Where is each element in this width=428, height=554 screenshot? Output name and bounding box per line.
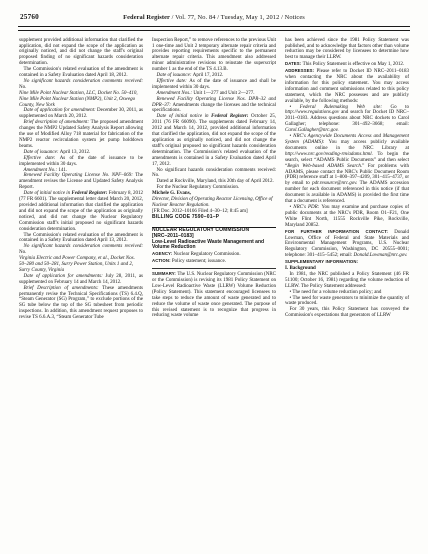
signature-title: Director, Division of Operating Reactor … (152, 197, 276, 209)
text-run: Renewed Facility Operating License No. N… (24, 173, 136, 178)
text-run: Date of application for amendment: (24, 108, 98, 113)
text-column-3: has been achieved since the 1981 Policy … (285, 38, 409, 322)
body-paragraph: ADDRESSES: Please refer to Docket ID NRC… (285, 68, 409, 104)
body-paragraph: Effective date: As of the date of issuan… (152, 79, 276, 91)
text-run: AGENCY: (152, 251, 174, 256)
notice-title: Low-Level Radioactive Waste Management a… (152, 240, 276, 252)
body-paragraph: • Federal Rulemaking Web site: Go to htt… (285, 105, 409, 135)
text-run: April 17, 2012. (193, 73, 224, 78)
text-run: Begin Web-based ADAMS Search. (287, 164, 362, 169)
text-run: has been achieved since the 1981 Policy … (285, 38, 409, 61)
columns-container: supplement provided additional informati… (19, 38, 409, 322)
text-run: Director, Division of Operating Reactor … (152, 197, 273, 208)
text-run: February 8, 2012 (77 FR 6601). The suppl… (19, 191, 143, 231)
body-paragraph: The Commission's related evaluation of t… (19, 67, 143, 79)
body-paragraph: The Commission's related evaluation of t… (19, 233, 143, 245)
text-run: http://www.regulations.gov (285, 110, 339, 115)
billing-code: BILLING CODE 7590–01–P (152, 215, 276, 221)
text-run: This Policy Statement is effective on Ma… (303, 62, 405, 67)
text-run: Federal Rulemaking Web site: (300, 105, 391, 110)
text-run: Nine Mile Point Nuclear Station, LLC, Do… (19, 91, 138, 108)
text-run: No significant hazards consideration com… (24, 244, 144, 249)
text-run: No significant hazards consideration com… (152, 168, 276, 179)
text-run: Date of application for amendments: (24, 274, 106, 279)
body-paragraph: No significant hazards consideration com… (19, 79, 143, 91)
text-run: Date of issuance: (24, 150, 60, 155)
journal-name: Federal Register (123, 14, 170, 21)
text-run: Effective date: (24, 156, 60, 161)
text-run: NRC's PDR: (293, 205, 321, 210)
body-paragraph: Renewed Facility Operating License Nos. … (152, 97, 276, 115)
text-run: Amendment Nos.: (157, 91, 193, 96)
body-paragraph: SUMMARY: The U.S. Nuclear Regulatory Com… (152, 271, 276, 319)
text-run: • (290, 105, 300, 110)
text-run: For the Nuclear Regulatory Commission. (157, 185, 240, 190)
text-run: ACTION: (152, 258, 172, 263)
body-paragraph: AGENCY: Nuclear Regulatory Commission. (152, 251, 276, 258)
text-run: April 13, 2012. (60, 150, 91, 155)
text-run: Brief description of amendment: (24, 120, 91, 125)
text-run: Date of initial notice in (24, 191, 72, 196)
body-paragraph: • The need for waste generators to minim… (285, 296, 409, 308)
text-run: DATES: (285, 61, 303, 66)
body-paragraph: • NRC's Agencywide Documents Access and … (285, 134, 409, 205)
text-run: Please refer to Docket ID NRC–2011–0183 … (285, 69, 409, 104)
text-run: Carol.Gallagher@nrc.gov. (285, 128, 339, 133)
body-paragraph: For 30 years, this Policy Statement has … (285, 307, 409, 319)
text-run: Donald.Lowman@nrc.gov. (353, 253, 407, 258)
text-run: Unit 1—277 and Unit 2—277. (192, 91, 255, 96)
body-paragraph: No significant hazards consideration com… (152, 168, 276, 180)
text-run: • The need for a volume reduction policy… (290, 290, 382, 295)
body-paragraph: Brief description of amendment: The prop… (19, 120, 143, 150)
body-paragraph: Date of application for amendment: Decem… (19, 108, 143, 120)
text-run: The Commission's related evaluation of t… (19, 67, 143, 78)
text-column-2: Inspection Report,” to remove references… (152, 38, 276, 322)
issue-info: / Vol. 77, No. 84 / Tuesday, May 1, 2012… (170, 14, 305, 21)
body-paragraph: No significant hazards consideration com… (19, 244, 143, 256)
text-run: BILLING CODE 7590–01–P (152, 214, 219, 220)
text-run: Nuclear Regulatory Commission. (174, 252, 241, 257)
body-paragraph: Date of application for amendments: July… (19, 274, 143, 286)
text-run: Federal Register: (211, 114, 251, 119)
text-run: No. (19, 250, 26, 255)
page-number: 25760 (20, 13, 39, 21)
text-run: Federal Register: (71, 191, 108, 196)
text-run: Inspection Report,” to remove references… (152, 38, 276, 73)
text-run: For 30 years, this Policy Statement has … (285, 307, 409, 318)
body-paragraph: has been achieved since the 1981 Policy … (285, 38, 409, 62)
text-run: These amendments permanently revise the … (19, 286, 143, 321)
text-run: Low-Level Radioactive Waste Management a… (152, 239, 264, 251)
body-paragraph: • NRC's PDR: You may examine and purchas… (285, 205, 409, 229)
text-run: http://www.nrc.gov/reading-rm/adams.html… (285, 152, 373, 157)
text-run: Brief Description of amendments: (24, 286, 103, 291)
text-run: Michele G. Evans, (152, 191, 191, 196)
page-header: 25760 Federal Register / Vol. 77, No. 84… (18, 13, 410, 23)
text-run: ADDRESSES: (285, 68, 317, 73)
body-paragraph: Renewed Facility Operating License No. N… (19, 173, 143, 191)
body-paragraph: DATES: This Policy Statement is effectiv… (285, 61, 409, 68)
text-run: pdr.resource@nrc.gov. (312, 181, 357, 186)
text-run: October 25, 2011 (76 FR 66090). The supp… (152, 114, 276, 166)
text-run: Dated at Rockville, Maryland, this 20th … (157, 179, 274, 184)
case-heading: Nine Mile Point Nuclear Station, LLC, Do… (19, 91, 143, 109)
body-paragraph: In 1981, the NRC published a Policy Stat… (285, 272, 409, 290)
text-run: Go to (390, 105, 409, 110)
text-run: Amendment No.: (24, 168, 59, 173)
body-paragraph: SUPPLEMENTARY INFORMATION: (285, 259, 409, 266)
text-run: In 1981, the NRC published a Policy Stat… (285, 272, 409, 289)
text-run: Virginia Electric and Power Company, et … (19, 256, 135, 273)
text-run: Policy statement; issuance. (172, 259, 226, 264)
text-column-1: supplement provided additional informati… (19, 38, 143, 322)
summary-rule (152, 268, 276, 269)
text-run: SUPPLEMENTARY INFORMATION: (285, 259, 358, 264)
body-paragraph: Brief Description of amendments: These a… (19, 286, 143, 321)
text-run: No significant hazards consideration com… (24, 79, 144, 84)
text-run: Date of initial notice in (157, 114, 212, 119)
body-paragraph: FOR FURTHER INFORMATION CONTACT: Donald … (285, 229, 409, 260)
text-run: Effective date: (157, 79, 190, 84)
body-paragraph: Effective date: As of the date of issuan… (19, 156, 143, 168)
header-title: Federal Register / Vol. 77, No. 84 / Tue… (18, 13, 410, 21)
body-paragraph: ACTION: Policy statement; issuance. (152, 258, 276, 265)
text-run: FOR FURTHER INFORMATION CONTACT: (285, 229, 394, 234)
text-run: No. (19, 85, 26, 90)
text-run: supplement provided additional informati… (19, 38, 143, 67)
text-run: The Commission's related evaluation of t… (19, 233, 143, 244)
text-run: SUMMARY: (152, 271, 177, 276)
text-run: 141. (58, 168, 67, 173)
case-heading: Virginia Electric and Power Company, et … (19, 256, 143, 274)
text-run: I. Background (285, 266, 316, 271)
body-paragraph: Date of initial notice in Federal Regist… (152, 114, 276, 167)
body-paragraph: supplement provided additional informati… (19, 38, 143, 68)
federal-register-page: 25760 Federal Register / Vol. 77, No. 84… (0, 0, 428, 554)
body-paragraph: Date of initial notice in Federal Regist… (19, 191, 143, 232)
text-run: Date of issuance: (157, 73, 193, 78)
body-paragraph: Inspection Report,” to remove references… (152, 38, 276, 73)
text-run: • The need for waste generators to minim… (285, 296, 409, 307)
header-double-rule (18, 26, 410, 31)
text-run: The U.S. Nuclear Regulatory Commission (… (152, 272, 276, 318)
